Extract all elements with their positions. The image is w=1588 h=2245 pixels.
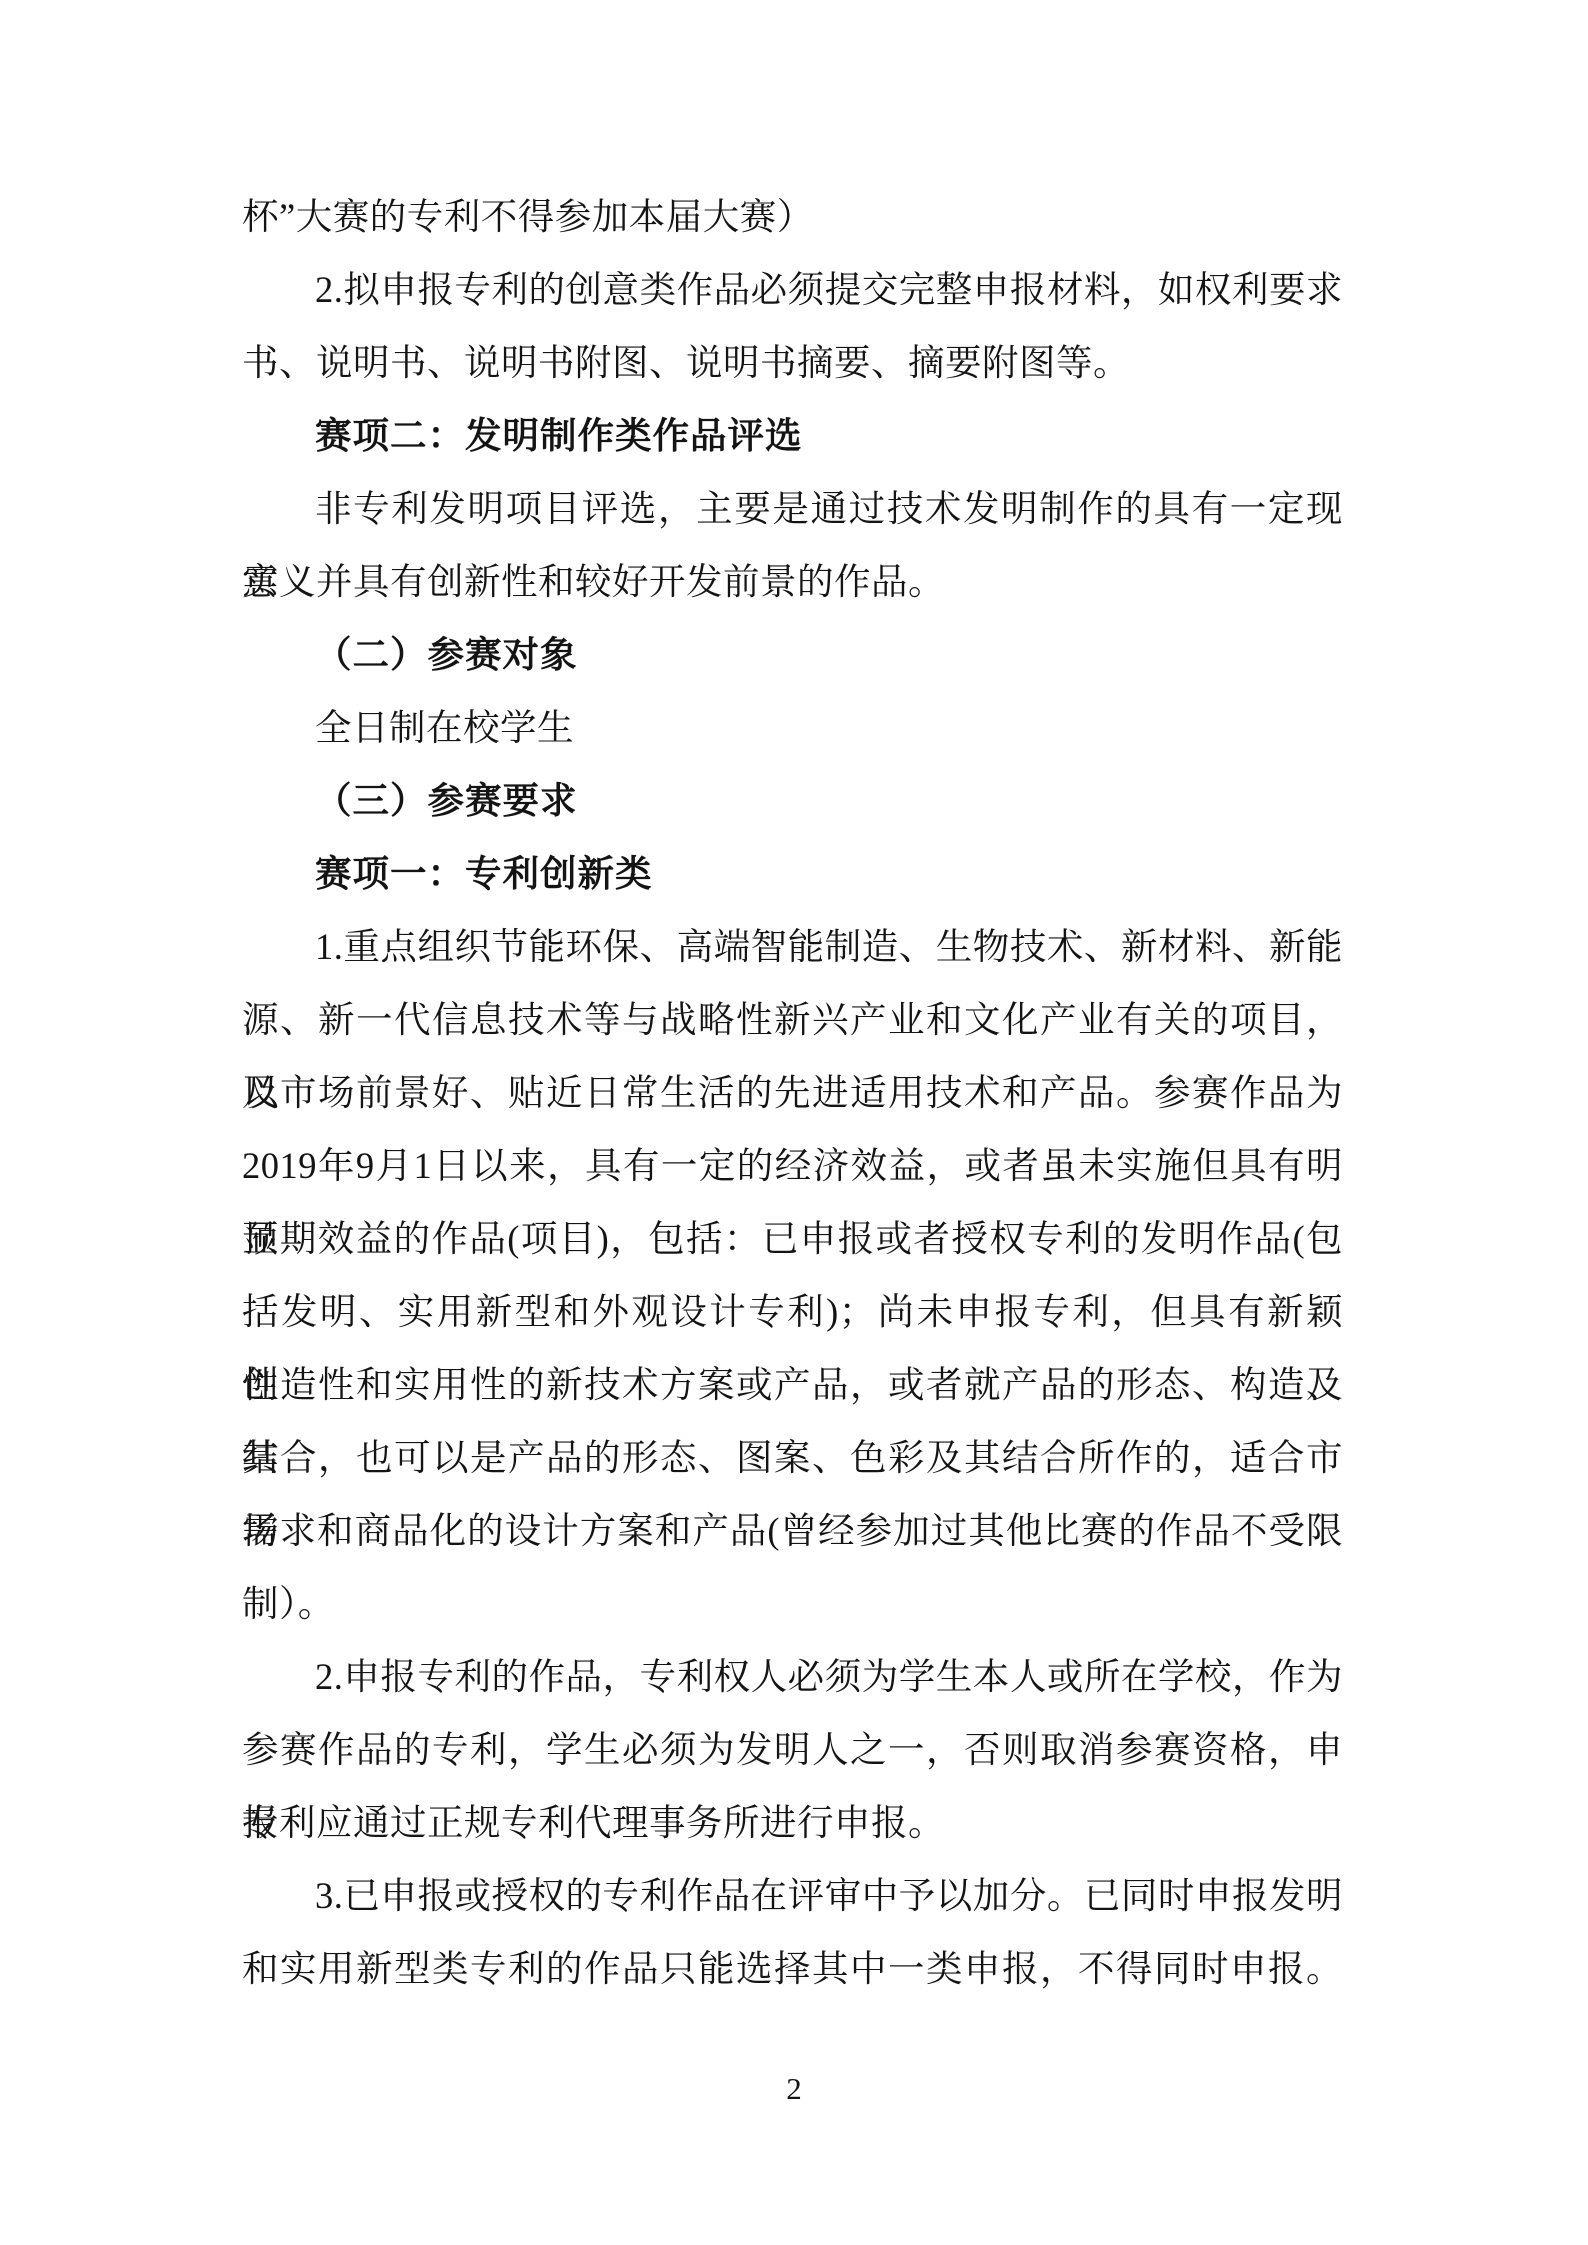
- text-line: 需求和商品化的设计方案和产品(曾经参加过其他比赛的作品不受限: [242, 1494, 1343, 1567]
- text-line: 及市场前景好、贴近日常生活的先进适用技术和产品。参赛作品为: [242, 1056, 1343, 1129]
- text-line: 2.申报专利的作品，专利权人必须为学生本人或所在学校，作为: [242, 1640, 1343, 1713]
- text-line: 源、新一代信息技术等与战略性新兴产业和文化产业有关的项目，以: [242, 983, 1343, 1056]
- text-line: 1.重点组织节能环保、高端智能制造、生物技术、新材料、新能: [242, 910, 1343, 983]
- text-line: 2019年9月1日以来，具有一定的经济效益，或者虽未实施但具有明显: [242, 1129, 1343, 1202]
- section-heading: 赛项二：发明制作类作品评选: [242, 399, 1343, 472]
- page-number: 2: [0, 2068, 1588, 2110]
- section-heading: （二）参赛对象: [242, 618, 1343, 691]
- text-line: 3.已申报或授权的专利作品在评审中予以加分。已同时申报发明: [242, 1859, 1343, 1932]
- text-line: 创造性和实用性的新技术方案或产品，或者就产品的形态、构造及其: [242, 1348, 1343, 1421]
- text-line: 2.拟申报专利的创意类作品必须提交完整申报材料，如权利要求: [242, 253, 1343, 326]
- text-line: 书、说明书、说明书附图、说明书摘要、摘要附图等。: [242, 326, 1343, 399]
- text-line: 参赛作品的专利，学生必须为发明人之一，否则取消参赛资格，申报: [242, 1713, 1343, 1786]
- document-page: 杯”大赛的专利不得参加本届大赛） 2.拟申报专利的创意类作品必须提交完整申报材料…: [0, 0, 1588, 2245]
- text-line: 全日制在校学生: [242, 691, 1343, 764]
- text-line: 结合，也可以是产品的形态、图案、色彩及其结合所作的，适合市场: [242, 1421, 1343, 1494]
- text-line: 和实用新型类专利的作品只能选择其中一类申报，不得同时申报。: [242, 1932, 1343, 2005]
- text-line: 括发明、实用新型和外观设计专利)；尚未申报专利，但具有新颖性、: [242, 1275, 1343, 1348]
- text-line: 预期效益的作品(项目)，包括：已申报或者授权专利的发明作品(包: [242, 1202, 1343, 1275]
- document-body: 杯”大赛的专利不得参加本届大赛） 2.拟申报专利的创意类作品必须提交完整申报材料…: [242, 180, 1343, 2005]
- text-line: 杯”大赛的专利不得参加本届大赛）: [242, 180, 1343, 253]
- text-line: 专利应通过正规专利代理事务所进行申报。: [242, 1786, 1343, 1859]
- section-heading: （三）参赛要求: [242, 764, 1343, 837]
- text-line: 意义并具有创新性和较好开发前景的作品。: [242, 545, 1343, 618]
- text-line: 非专利发明项目评选，主要是通过技术发明制作的具有一定现实: [242, 472, 1343, 545]
- section-heading: 赛项一：专利创新类: [242, 837, 1343, 910]
- text-line: 制）。: [242, 1567, 1343, 1640]
